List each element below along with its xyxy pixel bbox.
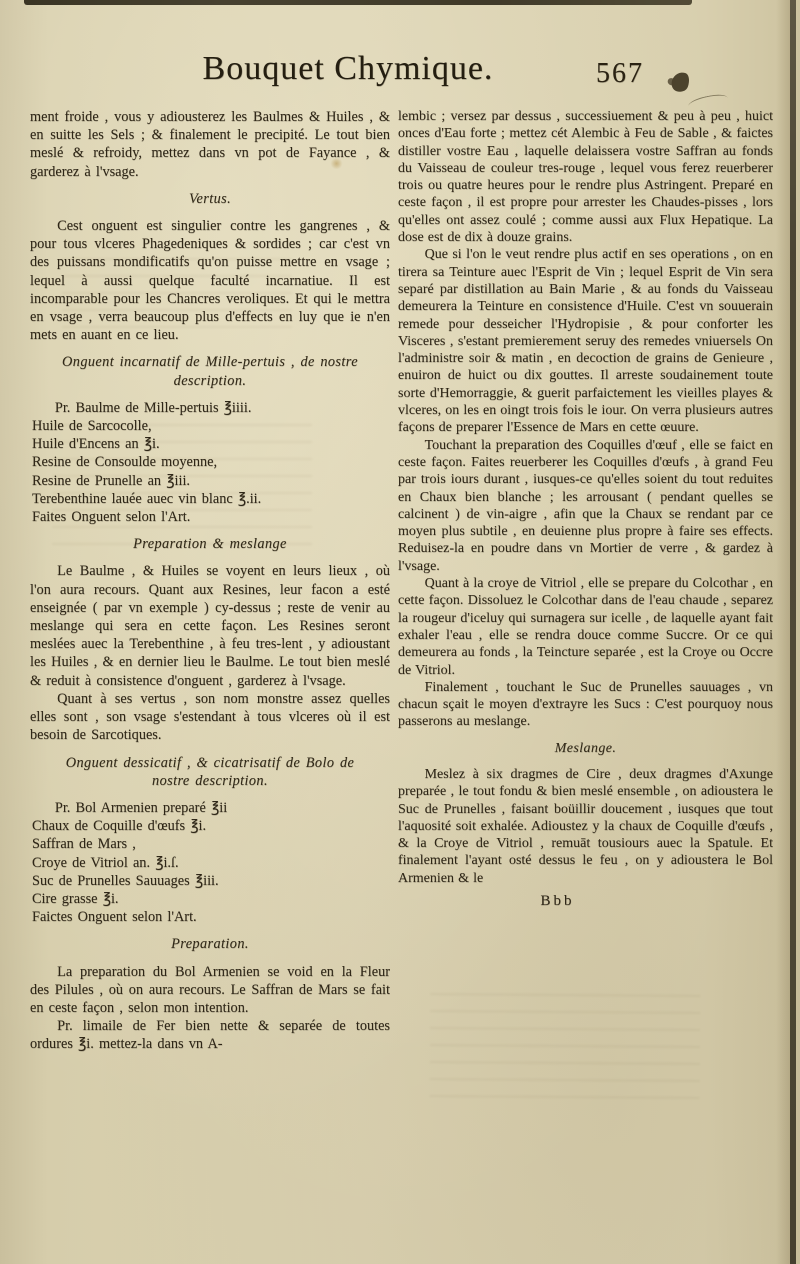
section-heading: Preparation & meslange	[48, 535, 372, 553]
section-heading: Onguent dessicatif , & cicatrisatif de B…	[48, 754, 372, 790]
recipe-line: Saffran de Mars ,	[32, 835, 390, 853]
page-title: Bouquet Chymique.	[108, 50, 588, 88]
paragraph: Le Baulme , & Huiles se voyent en leurs …	[30, 562, 390, 689]
paragraph: Cest onguent est singulier contre les ga…	[30, 217, 390, 344]
paragraph: lembic ; versez par dessus , successiuem…	[398, 108, 773, 246]
paragraph: La preparation du Bol Armenien se void e…	[30, 963, 390, 1018]
recipe-line: Faictes Onguent selon l'Art.	[32, 908, 390, 926]
recipe-block: Pr. Baulme de Mille-pertuis ℥iiii.Huile …	[32, 399, 390, 526]
left-column: ment froide , vous y adiousterez les Bau…	[30, 108, 390, 1250]
paragraph: Finalement , touchant le Suc de Prunelle…	[398, 679, 773, 731]
recipe-line: Pr. Bol Armenien preparé ℥ii	[32, 799, 390, 817]
paragraph: Quant à ses vertus , son nom monstre ass…	[30, 690, 390, 745]
paragraph: Que si l'on le veut rendre plus actif en…	[398, 246, 773, 436]
scan-edge-top	[24, 0, 692, 5]
recipe-line: Faites Onguent selon l'Art.	[32, 508, 390, 526]
paragraph: Pr. limaile de Fer bien nette & separée …	[30, 1017, 390, 1053]
recipe-line: Pr. Baulme de Mille-pertuis ℥iiii.	[32, 399, 390, 417]
section-heading: Preparation.	[48, 935, 372, 953]
recipe-line: Suc de Prunelles Sauuages ℥iii.	[32, 872, 390, 890]
recipe-line: Croye de Vitriol an. ℥i.ſ.	[32, 854, 390, 872]
paragraph: Touchant la preparation des Coquilles d'…	[398, 437, 773, 575]
recipe-line: Cire grasse ℥i.	[32, 890, 390, 908]
scan-edge-right	[790, 0, 796, 1264]
scanned-book-page: Bouquet Chymique. 567 ment froide , vous…	[0, 0, 800, 1264]
recipe-line: Huile d'Encens an ℥i.	[32, 435, 390, 453]
recipe-line: Terebenthine lauée auec vin blanc ℥.ii.	[32, 490, 390, 508]
section-heading: Meslange.	[416, 740, 755, 757]
paragraph: ment froide , vous y adiousterez les Bau…	[30, 108, 390, 181]
recipe-block: Pr. Bol Armenien preparé ℥iiChaux de Coq…	[32, 799, 390, 926]
section-heading: Vertus.	[48, 190, 372, 208]
right-column: lembic ; versez par dessus , successiuem…	[398, 108, 773, 1250]
recipe-line: Huile de Sarcocolle,	[32, 417, 390, 435]
recipe-line: Chaux de Coquille d'œufs ℥i.	[32, 817, 390, 835]
page-number: 567	[596, 58, 666, 90]
ink-blot-ornament	[669, 70, 691, 94]
page-edge-shadow	[776, 0, 790, 1264]
recipe-line: Resine de Prunelle an ℥iii.	[32, 472, 390, 490]
paragraph: Quant à la croye de Vitriol , elle se pr…	[398, 575, 773, 679]
paragraph: Meslez à six dragmes de Cire , deux drag…	[398, 766, 773, 887]
recipe-line: Resine de Consoulde moyenne,	[32, 453, 390, 471]
catchword: Bbb	[398, 893, 773, 910]
section-heading: Onguent incarnatif de Mille-pertuis , de…	[48, 353, 372, 389]
